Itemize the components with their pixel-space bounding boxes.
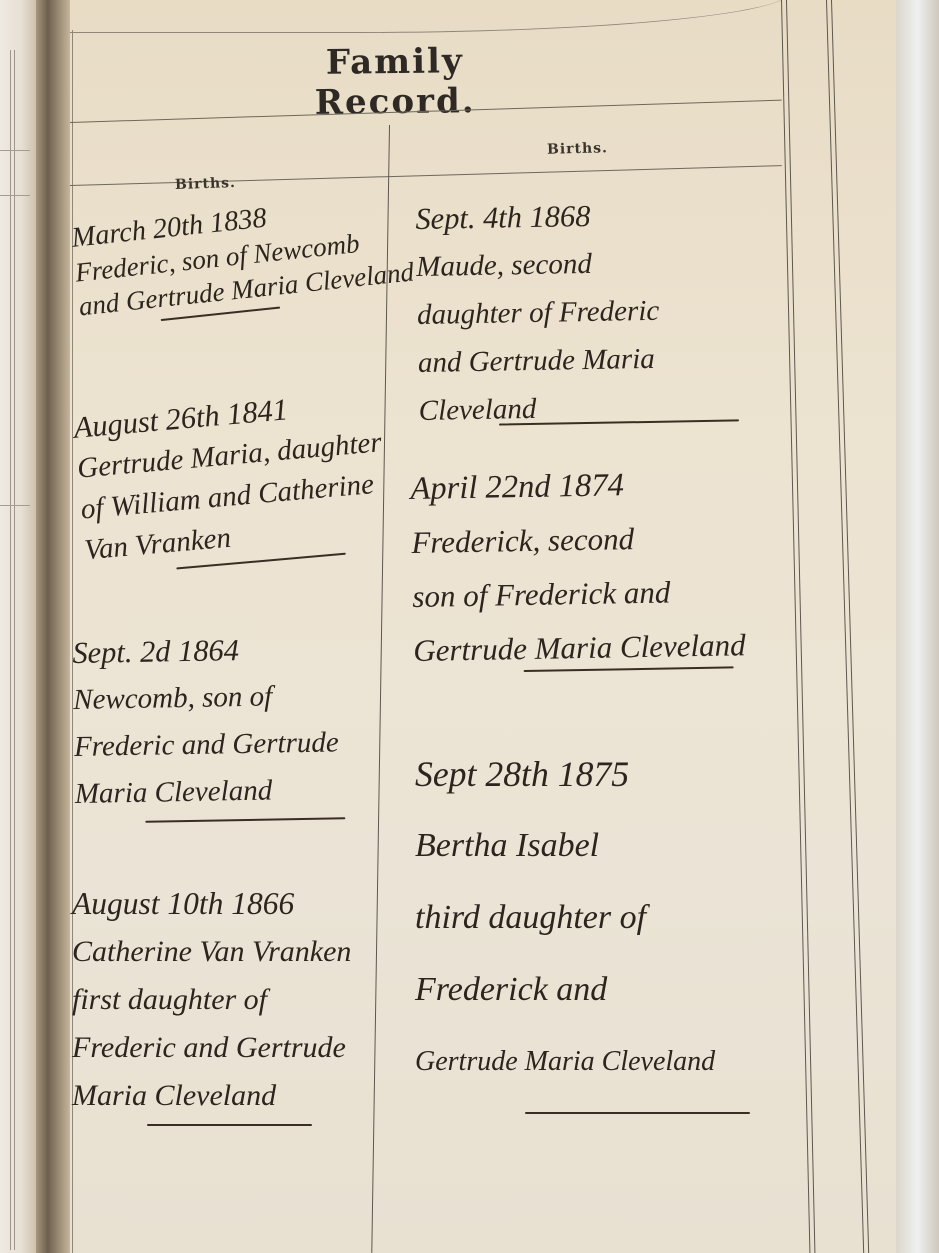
facing-page-edge <box>0 0 37 1253</box>
family-record-page: Family Record. Births. Births. March 20t… <box>70 0 896 1253</box>
entry-text-line: Frederick and <box>415 954 750 1026</box>
entry-text-line: Bertha Isabel <box>415 810 750 882</box>
entry-text-line: Frederic and Gertrude <box>74 719 345 771</box>
entry-text-line: and Gertrude Maria <box>418 333 739 387</box>
entry-text-line: Maude, second <box>416 237 737 291</box>
birth-entry: April 22nd 1874 Frederick, second son of… <box>410 456 746 674</box>
entry-text-line: Frederic and Gertrude <box>72 1024 351 1072</box>
entry-date: August 10th 1866 <box>72 880 351 928</box>
entry-divider <box>147 1124 312 1126</box>
entry-text-line: Cleveland <box>418 381 739 435</box>
page-top-border <box>70 0 790 33</box>
entry-text-line: son of Frederick and <box>412 564 745 624</box>
facing-page-hline <box>0 505 30 506</box>
entry-divider <box>525 1112 750 1114</box>
birth-entry: August 26th 1841 Gertrude Maria, daughte… <box>72 381 391 577</box>
entry-text-line: third daughter of <box>415 882 750 954</box>
entry-text-line: daughter of Frederic <box>417 285 738 339</box>
birth-entry: Sept 28th 1875 Bertha Isabel third daugh… <box>415 738 750 1114</box>
frame-outer-right-rule <box>826 0 869 1253</box>
entry-divider <box>145 817 345 822</box>
entry-text-line: Gertrude Maria Cleveland <box>413 618 746 678</box>
entry-text-line: Maria Cleveland <box>74 766 345 818</box>
entry-text-line: Gertrude Maria Cleveland <box>415 1026 750 1098</box>
facing-page-rule <box>14 50 15 1250</box>
birth-entry: Sept. 4th 1868 Maude, second daughter of… <box>415 189 739 427</box>
entry-date: Sept 28th 1875 <box>415 738 750 810</box>
entry-text-line: first daughter of <box>72 976 351 1024</box>
page-edge-right <box>896 0 939 1253</box>
birth-entry: August 10th 1866 Catherine Van Vranken f… <box>72 880 351 1126</box>
birth-entry: Sept. 2d 1864 Newcomb, son of Frederic a… <box>72 625 345 824</box>
entry-text-line: Frederick, second <box>411 510 744 570</box>
column-header-right: Births. <box>547 140 608 158</box>
facing-page-hline <box>0 150 30 151</box>
entry-date: April 22nd 1874 <box>410 456 743 516</box>
entry-date: Sept. 2d 1864 <box>72 625 343 677</box>
entry-text-line: Maria Cleveland <box>72 1072 351 1120</box>
entry-text-line: Newcomb, son of <box>73 672 344 724</box>
book-gutter <box>36 0 70 1253</box>
entry-text-line: Catherine Van Vranken <box>72 928 351 976</box>
facing-page-rule <box>10 50 11 1250</box>
column-header-left: Births. <box>175 175 236 193</box>
birth-entry: March 20th 1838 Frederic, son of Newcomb… <box>70 187 416 330</box>
frame-inner-right-rule <box>781 0 815 1253</box>
facing-page-hline <box>0 195 30 196</box>
entry-date: Sept. 4th 1868 <box>415 189 736 243</box>
